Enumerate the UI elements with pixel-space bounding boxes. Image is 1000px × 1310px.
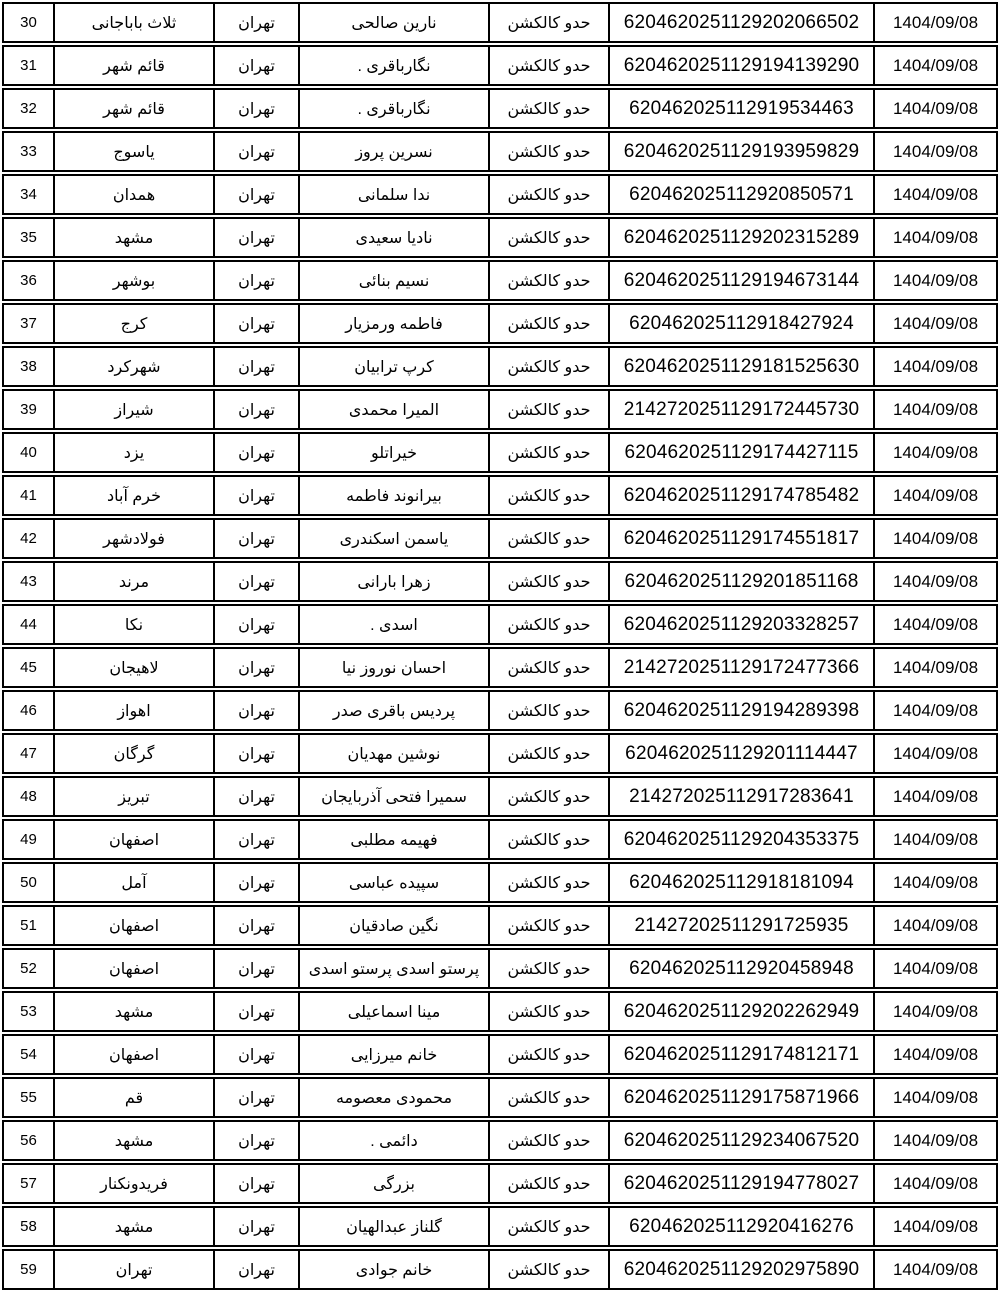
tracking-number-cell: 6204620251129202975890: [610, 1249, 875, 1290]
tracking-number-cell: 214272025112917283641: [610, 776, 875, 817]
origin-city-cell: تهران: [215, 1206, 300, 1247]
collection-cell: حدو کالکشن: [490, 733, 610, 774]
date-cell: 1404/09/08: [875, 1120, 998, 1161]
table-row: 44نکاتهراناسدی .حدو کالکشن62046202511292…: [2, 604, 998, 645]
table-row: 41خرم آبادتهرانبیرانوند فاطمهحدو کالکشن6…: [2, 475, 998, 516]
destination-city-cell: خرم آباد: [55, 475, 215, 516]
table-row: 54اصفهانتهرانخانم میرزاییحدو کالکشن62046…: [2, 1034, 998, 1075]
collection-cell: حدو کالکشن: [490, 690, 610, 731]
destination-city-cell: اهواز: [55, 690, 215, 731]
origin-city-cell: تهران: [215, 346, 300, 387]
row-number-cell: 42: [2, 518, 55, 559]
origin-city-cell: تهران: [215, 1249, 300, 1290]
destination-city-cell: مشهد: [55, 991, 215, 1032]
date-cell: 1404/09/08: [875, 1034, 998, 1075]
date-cell: 1404/09/08: [875, 647, 998, 688]
table-row: 35مشهدتهراننادیا سعیدیحدو کالکشن62046202…: [2, 217, 998, 258]
date-cell: 1404/09/08: [875, 604, 998, 645]
date-cell: 1404/09/08: [875, 905, 998, 946]
destination-city-cell: شهرکرد: [55, 346, 215, 387]
recipient-name-cell: محمودی معصومه: [300, 1077, 490, 1118]
recipient-name-cell: ندا سلمانی: [300, 174, 490, 215]
collection-cell: حدو کالکشن: [490, 948, 610, 989]
collection-cell: حدو کالکشن: [490, 776, 610, 817]
origin-city-cell: تهران: [215, 561, 300, 602]
origin-city-cell: تهران: [215, 432, 300, 473]
row-number-cell: 35: [2, 217, 55, 258]
origin-city-cell: تهران: [215, 303, 300, 344]
destination-city-cell: یزد: [55, 432, 215, 473]
table-row: 56مشهدتهراندائمی .حدو کالکشن620462025112…: [2, 1120, 998, 1161]
row-number-cell: 55: [2, 1077, 55, 1118]
date-cell: 1404/09/08: [875, 991, 998, 1032]
destination-city-cell: شیراز: [55, 389, 215, 430]
recipient-name-cell: خیراتلو: [300, 432, 490, 473]
origin-city-cell: تهران: [215, 819, 300, 860]
collection-cell: حدو کالکشن: [490, 217, 610, 258]
origin-city-cell: تهران: [215, 776, 300, 817]
collection-cell: حدو کالکشن: [490, 561, 610, 602]
tracking-number-cell: 620462025112920850571: [610, 174, 875, 215]
tracking-number-cell: 6204620251129174812171: [610, 1034, 875, 1075]
table-row: 48تبریزتهرانسمیرا فتحی آذربایجانحدو کالک…: [2, 776, 998, 817]
row-number-cell: 31: [2, 45, 55, 86]
row-number-cell: 30: [2, 2, 55, 43]
row-number-cell: 50: [2, 862, 55, 903]
table-row: 33یاسوجتهراننسرین پروزحدو کالکشن62046202…: [2, 131, 998, 172]
table-row: 50آملتهرانسپیده عباسیحدو کالکشن620462025…: [2, 862, 998, 903]
recipient-name-cell: نگارباقری .: [300, 45, 490, 86]
recipient-name-cell: فهیمه مطلبی: [300, 819, 490, 860]
destination-city-cell: همدان: [55, 174, 215, 215]
origin-city-cell: تهران: [215, 88, 300, 129]
destination-city-cell: اصفهان: [55, 948, 215, 989]
destination-city-cell: گرگان: [55, 733, 215, 774]
row-number-cell: 57: [2, 1163, 55, 1204]
table-row: 36بوشهرتهراننسیم بنائیحدو کالکشن62046202…: [2, 260, 998, 301]
destination-city-cell: تهران: [55, 1249, 215, 1290]
destination-city-cell: آمل: [55, 862, 215, 903]
collection-cell: حدو کالکشن: [490, 45, 610, 86]
table-row: 52اصفهانتهرانپرستو اسدی پرستو اسدیحدو کا…: [2, 948, 998, 989]
recipient-name-cell: دائمی .: [300, 1120, 490, 1161]
row-number-cell: 38: [2, 346, 55, 387]
destination-city-cell: اصفهان: [55, 1034, 215, 1075]
origin-city-cell: تهران: [215, 1077, 300, 1118]
date-cell: 1404/09/08: [875, 1249, 998, 1290]
row-number-cell: 56: [2, 1120, 55, 1161]
collection-cell: حدو کالکشن: [490, 346, 610, 387]
row-number-cell: 53: [2, 991, 55, 1032]
destination-city-cell: فریدونکنار: [55, 1163, 215, 1204]
collection-cell: حدو کالکشن: [490, 1206, 610, 1247]
destination-city-cell: مشهد: [55, 217, 215, 258]
collection-cell: حدو کالکشن: [490, 432, 610, 473]
row-number-cell: 34: [2, 174, 55, 215]
collection-cell: حدو کالکشن: [490, 1120, 610, 1161]
collection-cell: حدو کالکشن: [490, 991, 610, 1032]
collection-cell: حدو کالکشن: [490, 389, 610, 430]
date-cell: 1404/09/08: [875, 2, 998, 43]
row-number-cell: 45: [2, 647, 55, 688]
tracking-number-cell: 6204620251129201114447: [610, 733, 875, 774]
recipient-name-cell: اسدی .: [300, 604, 490, 645]
table-row: 46اهوازتهرانپردیس باقری صدرحدو کالکشن620…: [2, 690, 998, 731]
collection-cell: حدو کالکشن: [490, 819, 610, 860]
row-number-cell: 39: [2, 389, 55, 430]
collection-cell: حدو کالکشن: [490, 1034, 610, 1075]
collection-cell: حدو کالکشن: [490, 518, 610, 559]
tracking-number-cell: 6204620251129174551817: [610, 518, 875, 559]
collection-cell: حدو کالکشن: [490, 2, 610, 43]
destination-city-cell: اصفهان: [55, 905, 215, 946]
table-row: 30ثلاث باباجانیتهراننارین صالحیحدو کالکش…: [2, 2, 998, 43]
recipient-name-cell: بیرانوند فاطمه: [300, 475, 490, 516]
table-row: 55قمتهرانمحمودی معصومهحدو کالکشن62046202…: [2, 1077, 998, 1118]
date-cell: 1404/09/08: [875, 131, 998, 172]
date-cell: 1404/09/08: [875, 690, 998, 731]
recipient-name-cell: نسیم بنائی: [300, 260, 490, 301]
tracking-number-cell: 6204620251129194139290: [610, 45, 875, 86]
destination-city-cell: قم: [55, 1077, 215, 1118]
date-cell: 1404/09/08: [875, 217, 998, 258]
recipient-name-cell: احسان نوروز نیا: [300, 647, 490, 688]
date-cell: 1404/09/08: [875, 862, 998, 903]
row-number-cell: 52: [2, 948, 55, 989]
origin-city-cell: تهران: [215, 1120, 300, 1161]
recipient-name-cell: پرستو اسدی پرستو اسدی: [300, 948, 490, 989]
recipient-name-cell: گلناز عبدالهیان: [300, 1206, 490, 1247]
row-number-cell: 41: [2, 475, 55, 516]
origin-city-cell: تهران: [215, 991, 300, 1032]
destination-city-cell: لاهیجان: [55, 647, 215, 688]
recipient-name-cell: نادیا سعیدی: [300, 217, 490, 258]
table-row: 39شیرازتهرانالمیرا محمدیحدو کالکشن214272…: [2, 389, 998, 430]
date-cell: 1404/09/08: [875, 260, 998, 301]
tracking-number-cell: 6204620251129202315289: [610, 217, 875, 258]
tracking-number-cell: 6204620251129202262949: [610, 991, 875, 1032]
tracking-number-cell: 6204620251129194289398: [610, 690, 875, 731]
recipient-name-cell: مینا اسماعیلی: [300, 991, 490, 1032]
date-cell: 1404/09/08: [875, 1206, 998, 1247]
recipient-name-cell: بزرگی: [300, 1163, 490, 1204]
origin-city-cell: تهران: [215, 174, 300, 215]
origin-city-cell: تهران: [215, 217, 300, 258]
date-cell: 1404/09/08: [875, 88, 998, 129]
tracking-number-cell: 6204620251129201851168: [610, 561, 875, 602]
row-number-cell: 46: [2, 690, 55, 731]
destination-city-cell: ثلاث باباجانی: [55, 2, 215, 43]
destination-city-cell: کرج: [55, 303, 215, 344]
table-row: 59تهرانتهرانخانم جوادیحدو کالکشن62046202…: [2, 1249, 998, 1290]
collection-cell: حدو کالکشن: [490, 1077, 610, 1118]
tracking-number-cell: 620462025112918427924: [610, 303, 875, 344]
tracking-number-cell: 2142720251129172477366: [610, 647, 875, 688]
destination-city-cell: مشهد: [55, 1120, 215, 1161]
origin-city-cell: تهران: [215, 948, 300, 989]
row-number-cell: 48: [2, 776, 55, 817]
tracking-number-cell: 620462025112919534463: [610, 88, 875, 129]
recipient-name-cell: نگارباقری .: [300, 88, 490, 129]
origin-city-cell: تهران: [215, 1163, 300, 1204]
collection-cell: حدو کالکشن: [490, 647, 610, 688]
tracking-number-cell: 6204620251129174427115: [610, 432, 875, 473]
recipient-name-cell: زهرا بارانی: [300, 561, 490, 602]
table-row: 38شهرکردتهرانکرپ ترابیانحدو کالکشن620462…: [2, 346, 998, 387]
destination-city-cell: تبریز: [55, 776, 215, 817]
destination-city-cell: مرند: [55, 561, 215, 602]
table-row: 45لاهیجانتهراناحسان نوروز نیاحدو کالکشن2…: [2, 647, 998, 688]
row-number-cell: 40: [2, 432, 55, 473]
tracking-number-cell: 6204620251129181525630: [610, 346, 875, 387]
date-cell: 1404/09/08: [875, 432, 998, 473]
destination-city-cell: اصفهان: [55, 819, 215, 860]
row-number-cell: 36: [2, 260, 55, 301]
recipient-name-cell: خانم جوادی: [300, 1249, 490, 1290]
recipient-name-cell: نارین صالحی: [300, 2, 490, 43]
date-cell: 1404/09/08: [875, 819, 998, 860]
collection-cell: حدو کالکشن: [490, 1249, 610, 1290]
tracking-number-cell: 620462025112920416276: [610, 1206, 875, 1247]
recipient-name-cell: المیرا محمدی: [300, 389, 490, 430]
collection-cell: حدو کالکشن: [490, 604, 610, 645]
date-cell: 1404/09/08: [875, 561, 998, 602]
tracking-number-cell: 6204620251129234067520: [610, 1120, 875, 1161]
origin-city-cell: تهران: [215, 475, 300, 516]
date-cell: 1404/09/08: [875, 174, 998, 215]
table-row: 31قائم شهرتهراننگارباقری .حدو کالکشن6204…: [2, 45, 998, 86]
date-cell: 1404/09/08: [875, 346, 998, 387]
recipient-name-cell: نوشین مهدیان: [300, 733, 490, 774]
origin-city-cell: تهران: [215, 1034, 300, 1075]
destination-city-cell: قائم شهر: [55, 88, 215, 129]
origin-city-cell: تهران: [215, 862, 300, 903]
tracking-number-cell: 6204620251129194778027: [610, 1163, 875, 1204]
collection-cell: حدو کالکشن: [490, 905, 610, 946]
origin-city-cell: تهران: [215, 690, 300, 731]
recipient-name-cell: سمیرا فتحی آذربایجان: [300, 776, 490, 817]
table-row: 32قائم شهرتهراننگارباقری .حدو کالکشن6204…: [2, 88, 998, 129]
origin-city-cell: تهران: [215, 389, 300, 430]
collection-cell: حدو کالکشن: [490, 862, 610, 903]
row-number-cell: 54: [2, 1034, 55, 1075]
date-cell: 1404/09/08: [875, 475, 998, 516]
destination-city-cell: یاسوج: [55, 131, 215, 172]
row-number-cell: 37: [2, 303, 55, 344]
tracking-number-cell: 6204620251129193959829: [610, 131, 875, 172]
table-row: 51اصفهانتهراننگین صادقیانحدو کالکشن21427…: [2, 905, 998, 946]
recipient-name-cell: سپیده عباسی: [300, 862, 490, 903]
table-body: 30ثلاث باباجانیتهراننارین صالحیحدو کالکش…: [2, 2, 998, 1290]
destination-city-cell: قائم شهر: [55, 45, 215, 86]
recipient-name-cell: فاطمه ورمزیار: [300, 303, 490, 344]
date-cell: 1404/09/08: [875, 1163, 998, 1204]
row-number-cell: 51: [2, 905, 55, 946]
recipient-name-cell: کرپ ترابیان: [300, 346, 490, 387]
origin-city-cell: تهران: [215, 131, 300, 172]
collection-cell: حدو کالکشن: [490, 260, 610, 301]
tracking-number-cell: 6204620251129202066502: [610, 2, 875, 43]
tracking-number-cell: 620462025112920458948: [610, 948, 875, 989]
origin-city-cell: تهران: [215, 260, 300, 301]
recipient-name-cell: یاسمن اسکندری: [300, 518, 490, 559]
table-row: 43مرندتهرانزهرا بارانیحدو کالکشن62046202…: [2, 561, 998, 602]
table-row: 53مشهدتهرانمینا اسماعیلیحدو کالکشن620462…: [2, 991, 998, 1032]
row-number-cell: 49: [2, 819, 55, 860]
table-row: 57فریدونکنارتهرانبزرگیحدو کالکشن62046202…: [2, 1163, 998, 1204]
collection-cell: حدو کالکشن: [490, 303, 610, 344]
row-number-cell: 58: [2, 1206, 55, 1247]
recipient-name-cell: نسرین پروز: [300, 131, 490, 172]
destination-city-cell: فولادشهر: [55, 518, 215, 559]
row-number-cell: 32: [2, 88, 55, 129]
collection-cell: حدو کالکشن: [490, 131, 610, 172]
table-row: 49اصفهانتهرانفهیمه مطلبیحدو کالکشن620462…: [2, 819, 998, 860]
recipient-name-cell: پردیس باقری صدر: [300, 690, 490, 731]
date-cell: 1404/09/08: [875, 389, 998, 430]
origin-city-cell: تهران: [215, 905, 300, 946]
origin-city-cell: تهران: [215, 604, 300, 645]
collection-cell: حدو کالکشن: [490, 88, 610, 129]
tracking-number-cell: 620462025112918181094: [610, 862, 875, 903]
date-cell: 1404/09/08: [875, 948, 998, 989]
collection-cell: حدو کالکشن: [490, 1163, 610, 1204]
date-cell: 1404/09/08: [875, 733, 998, 774]
date-cell: 1404/09/08: [875, 1077, 998, 1118]
destination-city-cell: نکا: [55, 604, 215, 645]
table-row: 47گرگانتهراننوشین مهدیانحدو کالکشن620462…: [2, 733, 998, 774]
table-row: 58مشهدتهرانگلناز عبدالهیانحدو کالکشن6204…: [2, 1206, 998, 1247]
date-cell: 1404/09/08: [875, 518, 998, 559]
tracking-number-cell: 6204620251129175871966: [610, 1077, 875, 1118]
tracking-number-cell: 6204620251129174785482: [610, 475, 875, 516]
tracking-number-cell: 6204620251129203328257: [610, 604, 875, 645]
row-number-cell: 43: [2, 561, 55, 602]
recipient-name-cell: نگین صادقیان: [300, 905, 490, 946]
tracking-number-cell: 6204620251129194673144: [610, 260, 875, 301]
destination-city-cell: مشهد: [55, 1206, 215, 1247]
table-row: 40یزدتهرانخیراتلوحدو کالکشن6204620251129…: [2, 432, 998, 473]
table-row: 42فولادشهرتهرانیاسمن اسکندریحدو کالکشن62…: [2, 518, 998, 559]
tracking-number-cell: 6204620251129204353375: [610, 819, 875, 860]
origin-city-cell: تهران: [215, 2, 300, 43]
date-cell: 1404/09/08: [875, 776, 998, 817]
origin-city-cell: تهران: [215, 45, 300, 86]
origin-city-cell: تهران: [215, 733, 300, 774]
table-row: 34همدانتهرانندا سلمانیحدو کالکشن62046202…: [2, 174, 998, 215]
row-number-cell: 59: [2, 1249, 55, 1290]
row-number-cell: 47: [2, 733, 55, 774]
origin-city-cell: تهران: [215, 518, 300, 559]
destination-city-cell: بوشهر: [55, 260, 215, 301]
row-number-cell: 44: [2, 604, 55, 645]
tracking-number-cell: 21427202511291725935: [610, 905, 875, 946]
collection-cell: حدو کالکشن: [490, 475, 610, 516]
date-cell: 1404/09/08: [875, 303, 998, 344]
collection-cell: حدو کالکشن: [490, 174, 610, 215]
row-number-cell: 33: [2, 131, 55, 172]
table-row: 37کرجتهرانفاطمه ورمزیارحدو کالکشن6204620…: [2, 303, 998, 344]
tracking-number-cell: 2142720251129172445730: [610, 389, 875, 430]
origin-city-cell: تهران: [215, 647, 300, 688]
shipments-table: 30ثلاث باباجانیتهراننارین صالحیحدو کالکش…: [2, 0, 998, 1292]
date-cell: 1404/09/08: [875, 45, 998, 86]
recipient-name-cell: خانم میرزایی: [300, 1034, 490, 1075]
